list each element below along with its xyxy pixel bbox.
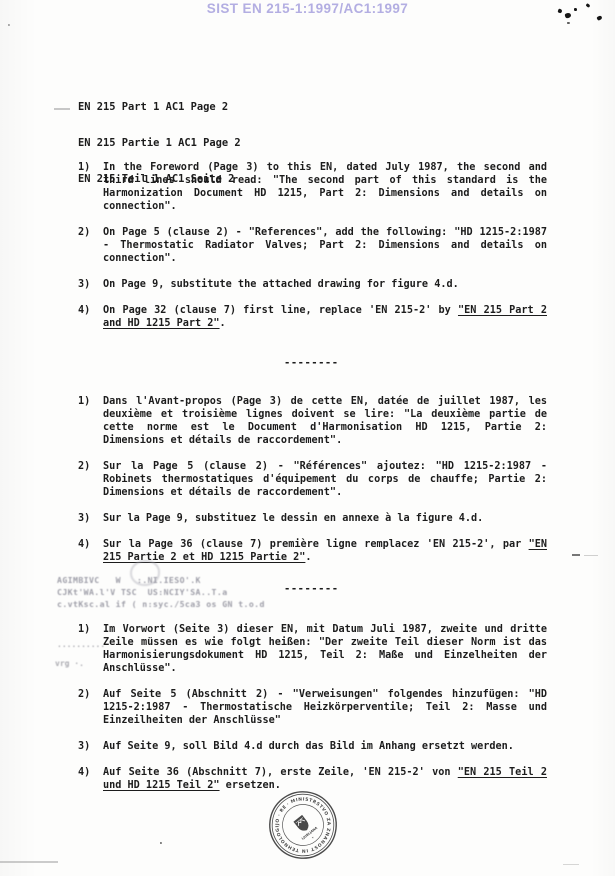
item-number: 2) <box>78 460 103 499</box>
list-item-en-3: 3)On Page 9, substitute the attached dra… <box>78 278 548 291</box>
item-number: 4) <box>78 304 103 330</box>
item-number: 2) <box>78 688 103 727</box>
stamp-star-marks: ✶ <box>311 835 315 839</box>
scan-artifact-dash <box>0 861 58 863</box>
item-number: 1) <box>78 161 103 213</box>
smudged-stamp-line: c.vtKsc.al if ( n:syc./5ca3 os GN t.o.d <box>57 599 265 609</box>
list-item-de-3: 3)Auf Seite 9, soll Bild 4.d durch das B… <box>78 740 548 753</box>
item-number: 4) <box>78 538 103 564</box>
list-item-fr-3: 3)Sur la Page 9, substituez le dessin en… <box>78 512 548 525</box>
smudged-stamp-line: AGIMBIVC W :.NI.IESO'.K <box>57 575 201 585</box>
item-text: Sur la Page 36 (clause 7) première ligne… <box>103 538 547 564</box>
ink-speck <box>567 22 570 24</box>
section-separator: -------- <box>284 583 339 595</box>
section-english: 1)In the Foreword (Page 3) to this EN, d… <box>78 161 548 343</box>
item-text: Auf Seite 36 (Abschnitt 7), erste Zeile,… <box>103 766 547 792</box>
item-text: Auf Seite 5 (Abschnitt 2) - "Verweisunge… <box>103 688 547 727</box>
scan-artifact-dash <box>563 864 579 865</box>
item-number: 3) <box>78 512 103 525</box>
item-number: 4) <box>78 766 103 792</box>
list-item-de-1: 1)Im Vorwort (Seite 3) dieser EN, mit Da… <box>78 623 548 675</box>
scanned-document-page: { "page": { "watermark": "SIST EN 215-1:… <box>0 0 615 876</box>
item-text: On Page 32 (clause 7) first line, replac… <box>103 304 547 330</box>
list-item-fr-2: 2)Sur la Page 5 (clause 2) - "Références… <box>78 460 548 499</box>
list-item-de-2: 2)Auf Seite 5 (Abschnitt 2) - "Verweisun… <box>78 688 548 727</box>
header-ref-en: EN 215 Part 1 AC1 Page 2 <box>78 101 241 113</box>
item-text: Sur la Page 9, substituez le dessin en a… <box>103 512 547 525</box>
margin-mark-artifact: vrg ·. <box>55 659 84 668</box>
item-text: In the Foreword (Page 3) to this EN, dat… <box>103 161 547 213</box>
item-number: 3) <box>78 278 103 291</box>
item-text: On Page 5 (clause 2) - "References", add… <box>103 226 547 265</box>
list-item-fr-1: 1)Dans l'Avant-propos (Page 3) de cette … <box>78 395 548 447</box>
section-french: 1)Dans l'Avant-propos (Page 3) de cette … <box>78 395 548 577</box>
header-ref-fr: EN 215 Partie 1 AC1 Page 2 <box>78 137 241 149</box>
ink-speck <box>574 8 577 11</box>
scan-artifact-dash <box>584 555 598 556</box>
item-number: 2) <box>78 226 103 265</box>
section-separator: -------- <box>284 357 339 369</box>
item-text: Auf Seite 9, soll Bild 4.d durch das Bil… <box>103 740 547 753</box>
scan-artifact-dash <box>572 554 580 556</box>
list-item-en-2: 2)On Page 5 (clause 2) - "References", a… <box>78 226 548 265</box>
margin-dots-artifact: .......... <box>57 640 105 649</box>
ink-speck <box>564 12 571 18</box>
scan-artifact-dash <box>54 108 70 110</box>
smudged-stamp-line: CJKt'WA.l'V TSC US:NCIY'SA..T.a <box>57 587 228 597</box>
item-text: Sur la Page 5 (clause 2) - "Références" … <box>103 460 547 499</box>
ink-speck <box>8 24 10 26</box>
list-item-en-4: 4)On Page 32 (clause 7) first line, repl… <box>78 304 548 330</box>
item-text: On Page 9, substitute the attached drawi… <box>103 278 547 291</box>
item-text: Dans l'Avant-propos (Page 3) de cette EN… <box>103 395 547 447</box>
list-item-en-1: 1)In the Foreword (Page 3) to this EN, d… <box>78 161 548 213</box>
ink-speck <box>160 842 162 844</box>
item-number: 3) <box>78 740 103 753</box>
document-reference-watermark: SIST EN 215-1:1997/AC1:1997 <box>0 1 615 16</box>
item-text: Im Vorwort (Seite 3) dieser EN, mit Datu… <box>103 623 547 675</box>
section-german: 1)Im Vorwort (Seite 3) dieser EN, mit Da… <box>78 623 548 805</box>
item-number: 1) <box>78 395 103 447</box>
